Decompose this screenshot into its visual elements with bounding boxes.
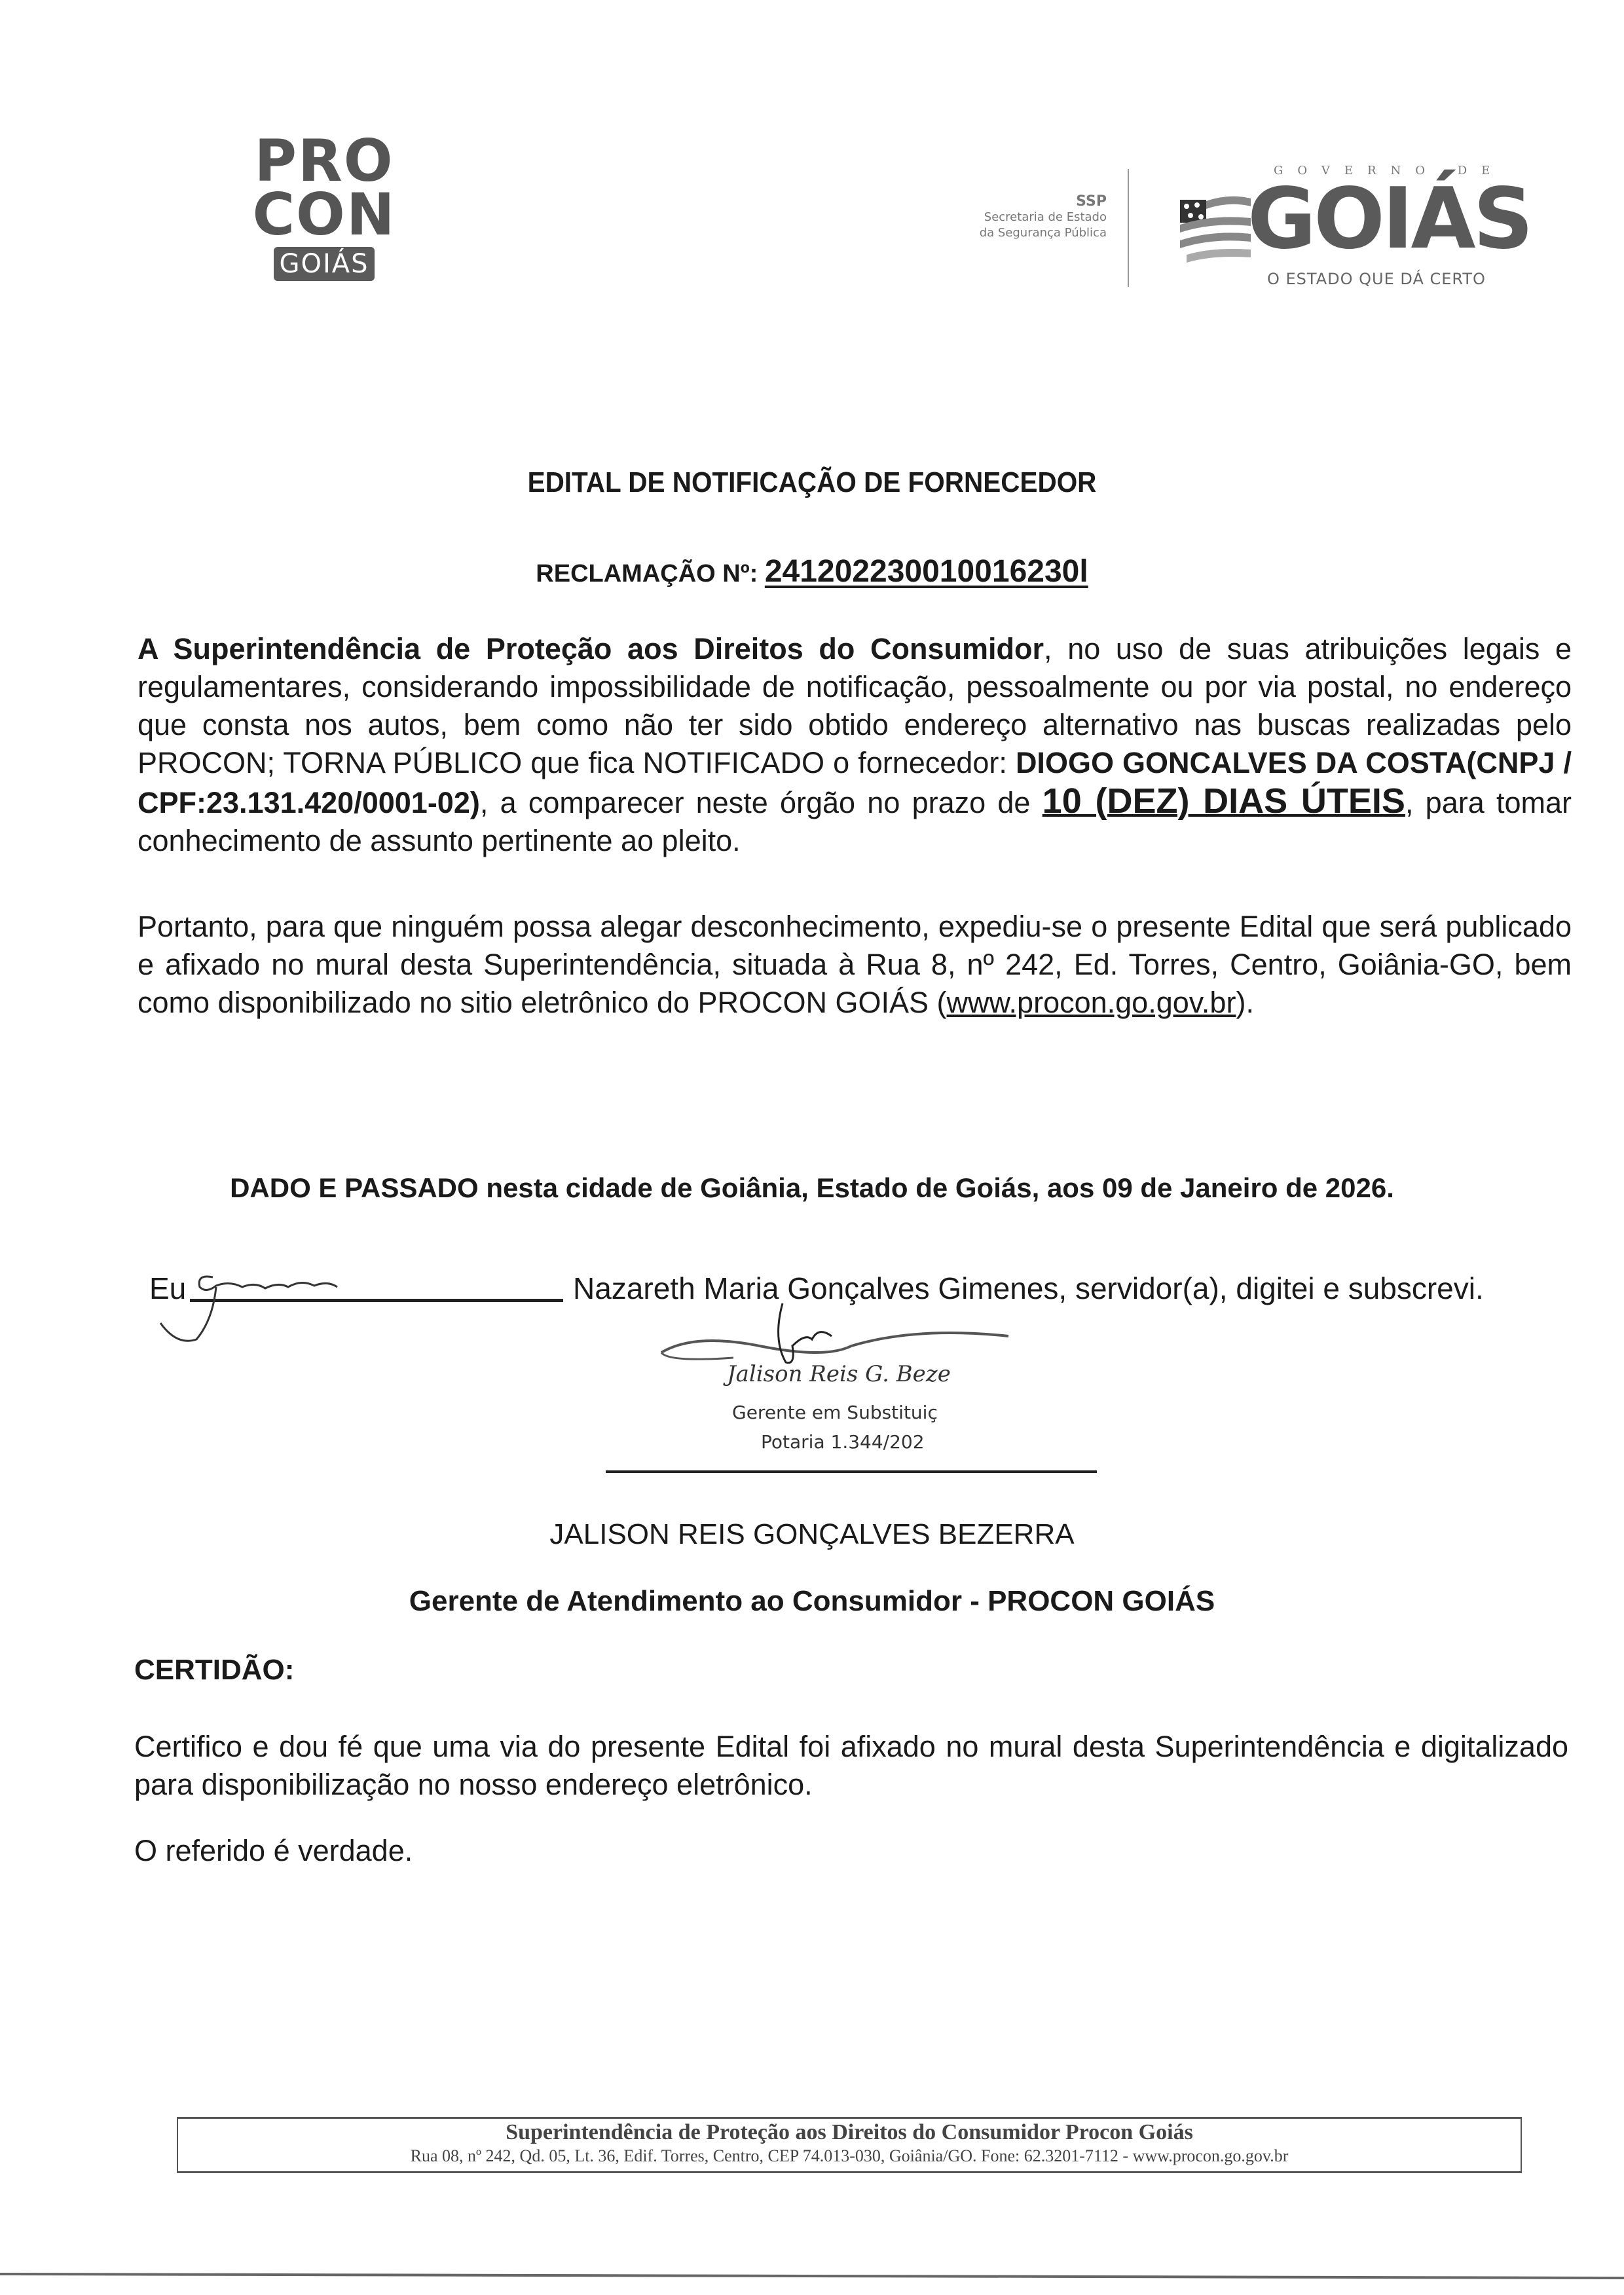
publication-paragraph: Portanto, para que ninguém possa alegar …	[138, 908, 1572, 1022]
logo-text-con: CON	[246, 188, 403, 242]
header-divider	[1128, 169, 1129, 287]
stamp-portaria: Potaria 1.344/202	[761, 1431, 925, 1453]
signer-role: Gerente de Atendimento ao Consumidor - P…	[0, 1585, 1624, 1618]
scan-page-edge	[0, 2273, 1624, 2279]
claim-label: RECLAMAÇÃO Nº:	[536, 560, 758, 588]
certidao-text: Certifico e dou fé que uma via do presen…	[134, 1728, 1568, 1804]
date-place-line: DADO E PASSADO nesta cidade de Goiânia, …	[0, 1172, 1624, 1204]
notification-paragraph: A Superintendência de Proteção aos Direi…	[138, 630, 1572, 860]
goias-wordmark: GOIÁS	[1247, 170, 1531, 269]
signature-line	[606, 1470, 1097, 1473]
ssp-line1: Secretaria de Estado	[904, 210, 1107, 225]
footer-box: Superintendência de Proteção aos Direito…	[177, 2117, 1522, 2173]
goias-slogan: O ESTADO QUE DÁ CERTO	[1267, 270, 1486, 288]
agency-name: A Superintendência de Proteção aos Direi…	[138, 632, 1044, 665]
stamp-role: Gerente em Substituiç	[732, 1402, 938, 1423]
claim-number-line: RECLAMAÇÃO Nº: 241202230010016230l	[0, 553, 1624, 589]
document-title: EDITAL DE NOTIFICAÇÃO DE FORNECEDOR	[65, 466, 1559, 499]
ssp-line2: da Segurança Pública	[904, 225, 1107, 241]
procon-website-link[interactable]: www.procon.go.gov.br	[947, 986, 1236, 1019]
certidao-closing: O referido é verdade.	[134, 1834, 413, 1868]
paragraph1-text-b: , a comparecer neste órgão no prazo de	[480, 786, 1043, 819]
procon-goias-logo: PRO CON GOIÁS	[246, 134, 403, 281]
footer-address: Rua 08, nº 242, Qd. 05, Lt. 36, Edif. To…	[178, 2145, 1521, 2167]
logo-badge-goias: GOIÁS	[274, 247, 374, 281]
ssp-logo: SSP Secretaria de Estado da Segurança Pú…	[904, 193, 1107, 241]
typist-signature-icon	[151, 1267, 426, 1353]
goias-flag-icon	[1173, 187, 1252, 265]
signer-name: JALISON REIS GONÇALVES BEZERRA	[0, 1518, 1624, 1551]
stamp-name: Jalison Reis G. Beze	[727, 1361, 951, 1387]
ssp-title: SSP	[904, 193, 1107, 210]
paragraph2-text: Portanto, para que ninguém possa alegar …	[138, 910, 1572, 1019]
deadline: 10 (DEZ) DIAS ÚTEIS	[1043, 781, 1405, 821]
footer-title: Superintendência de Proteção aos Direito…	[178, 2120, 1521, 2145]
paragraph2-text-end: ).	[1236, 986, 1254, 1019]
logo-text-pro: PRO	[246, 134, 403, 188]
certidao-title: CERTIDÃO:	[134, 1654, 294, 1687]
claim-number: 241202230010016230l	[765, 554, 1088, 589]
